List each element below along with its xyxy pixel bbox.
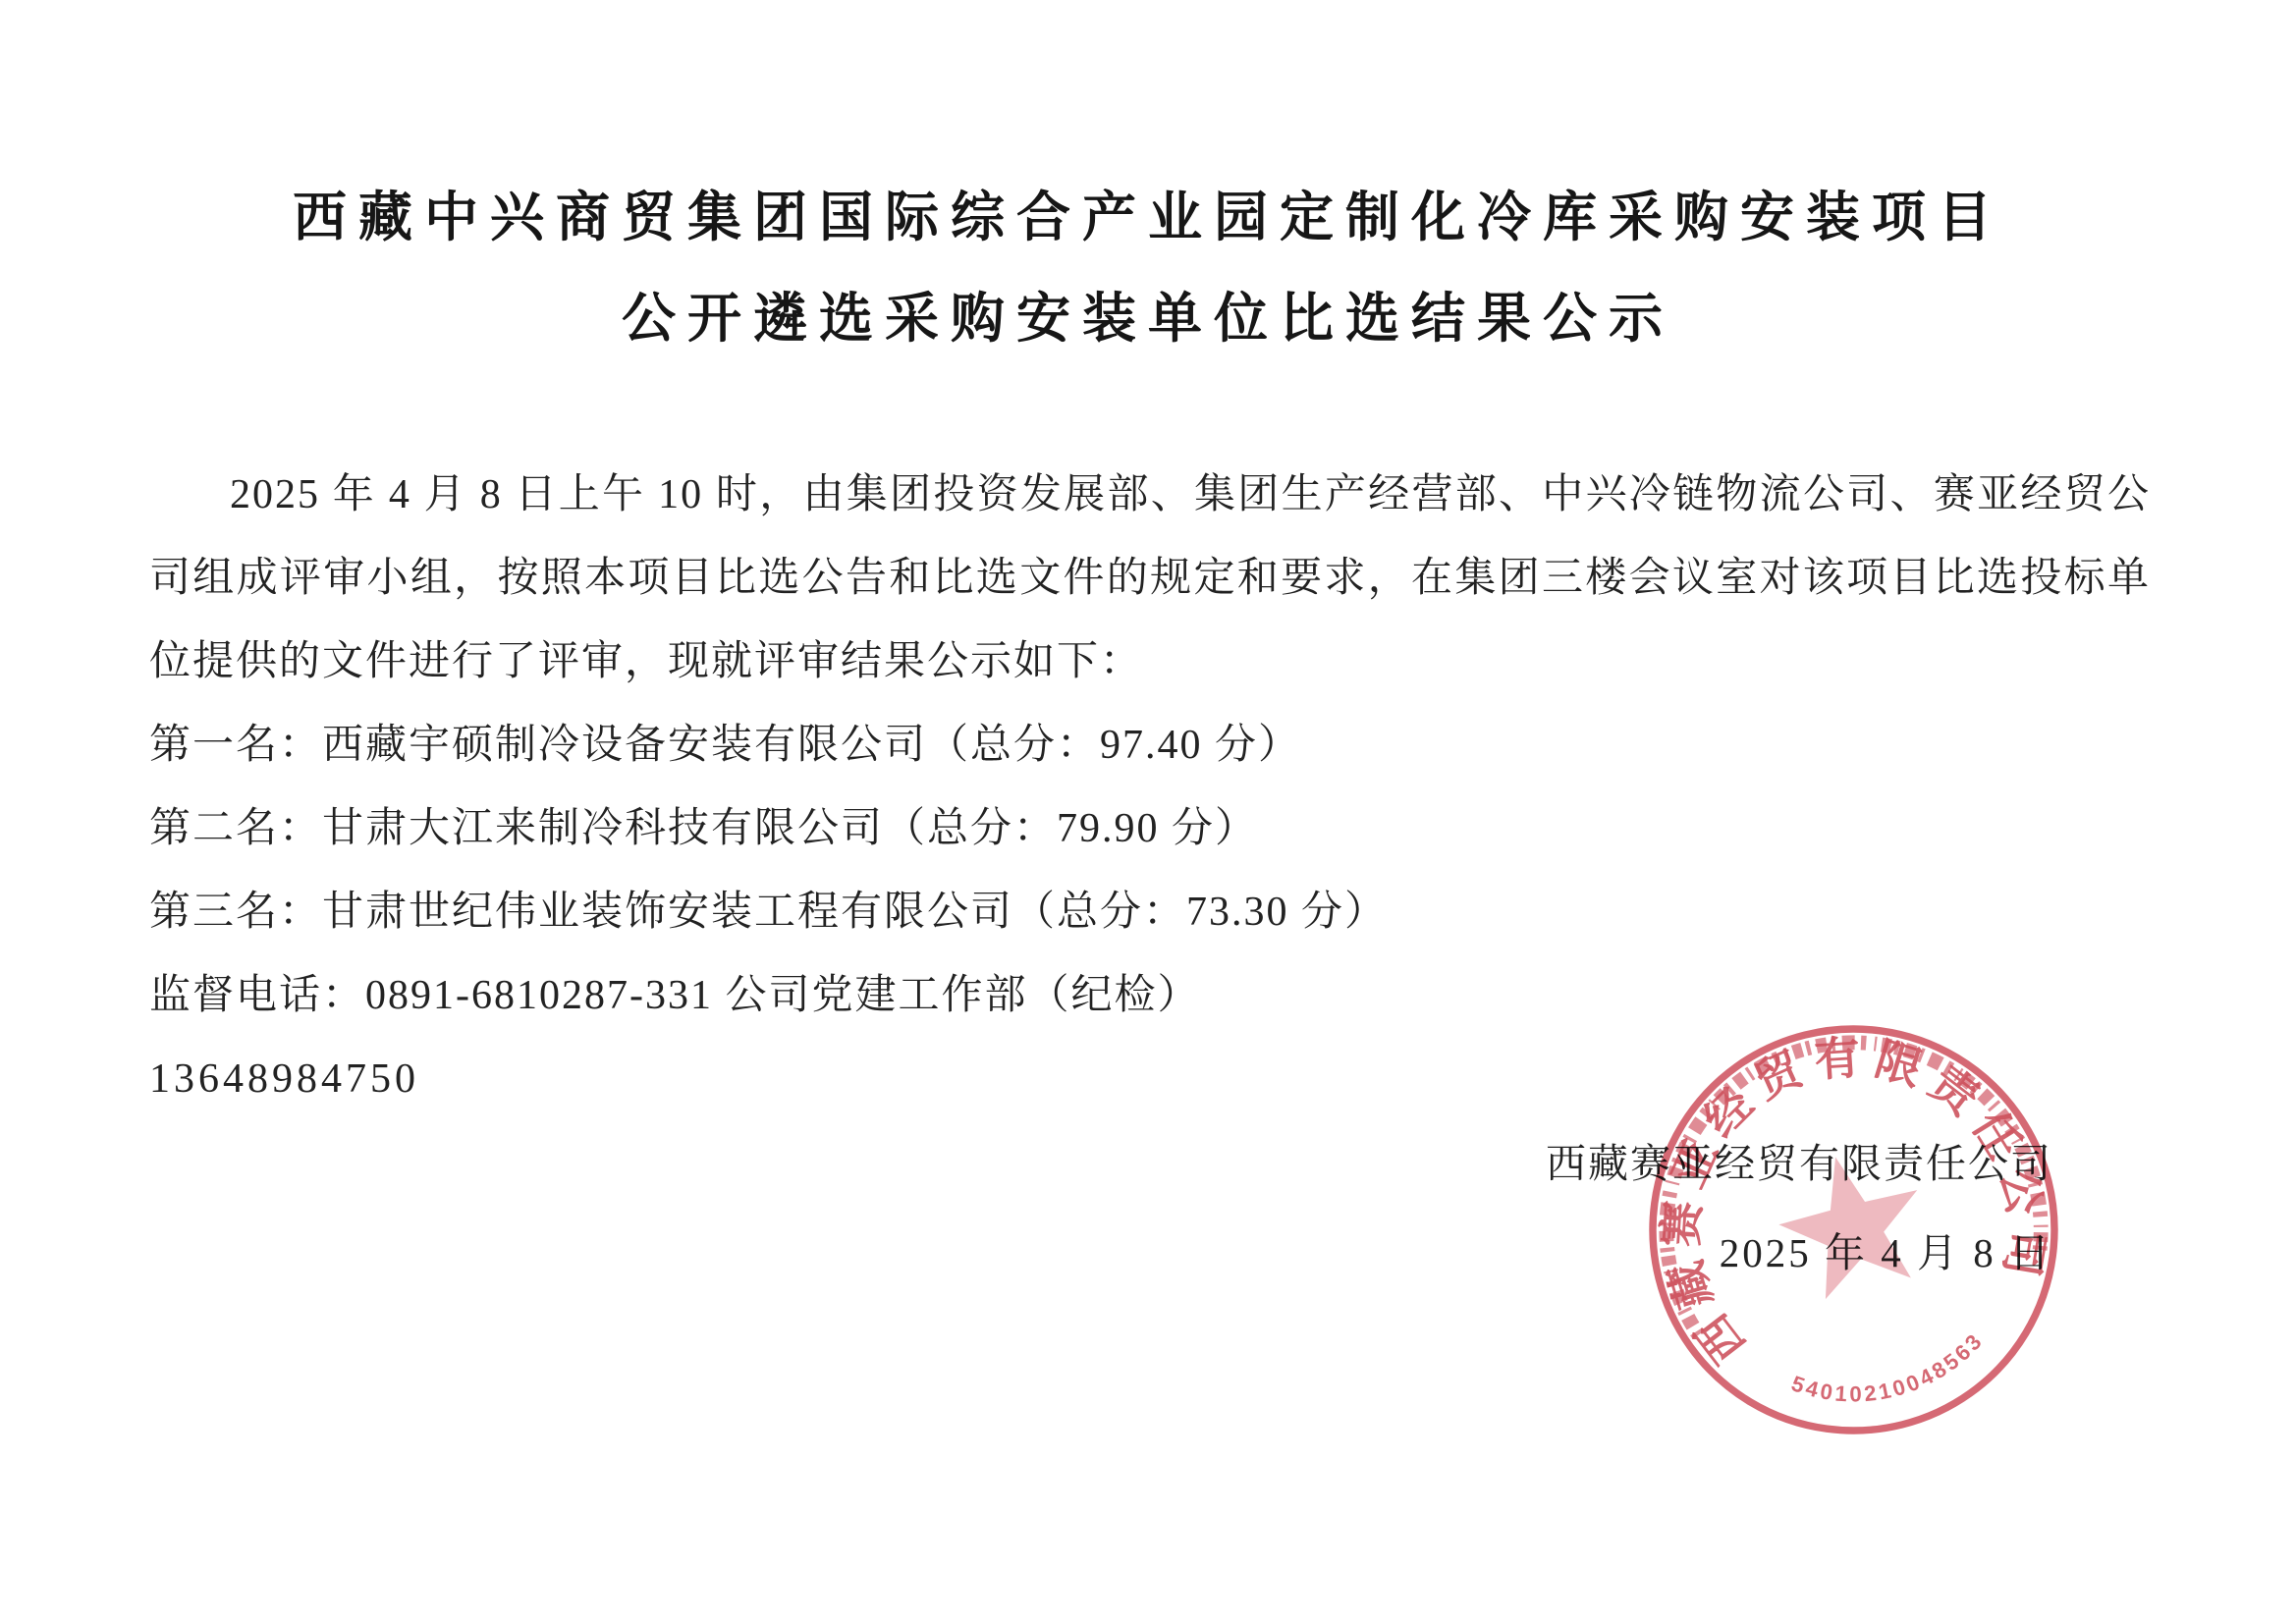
intro-paragraph: 2025 年 4 月 8 日上午 10 时，由集团投资发展部、集团生产经营部、中… xyxy=(149,454,2151,704)
document-page: 西藏中兴商贸集团国际综合产业园定制化冷库采购安装项目 公开遴选采购安装单位比选结… xyxy=(0,0,2296,1623)
supervision-phone-line: 监督电话：0891-6810287-331 公司党建工作部（纪检） xyxy=(149,954,2151,1038)
ranking-line-first: 第一名：西藏宇硕制冷设备安装有限公司（总分：97.40 分） xyxy=(149,704,2151,787)
seal-serial-number: 54010210048563 xyxy=(1783,1325,1996,1427)
mobile-number-line: 13648984750 xyxy=(149,1038,2151,1121)
document-title: 西藏中兴商贸集团国际综合产业园定制化冷库采购安装项目 公开遴选采购安装单位比选结… xyxy=(0,167,2296,369)
ranking-line-second: 第二名：甘肃大江来制冷科技有限公司（总分：79.90 分） xyxy=(149,787,2151,871)
title-line-2: 公开遴选采购安装单位比选结果公示 xyxy=(0,268,2296,369)
signature-company: 西藏赛亚经贸有限责任公司 xyxy=(1546,1131,2052,1189)
signature-date: 2025 年 4 月 8 日 xyxy=(1720,1220,2052,1278)
ranking-line-third: 第三名：甘肃世纪伟业装饰安装工程有限公司（总分：73.30 分） xyxy=(149,871,2151,954)
document-body: 2025 年 4 月 8 日上午 10 时，由集团投资发展部、集团生产经营部、中… xyxy=(149,454,2151,1121)
title-line-1: 西藏中兴商贸集团国际综合产业园定制化冷库采购安装项目 xyxy=(0,167,2296,268)
